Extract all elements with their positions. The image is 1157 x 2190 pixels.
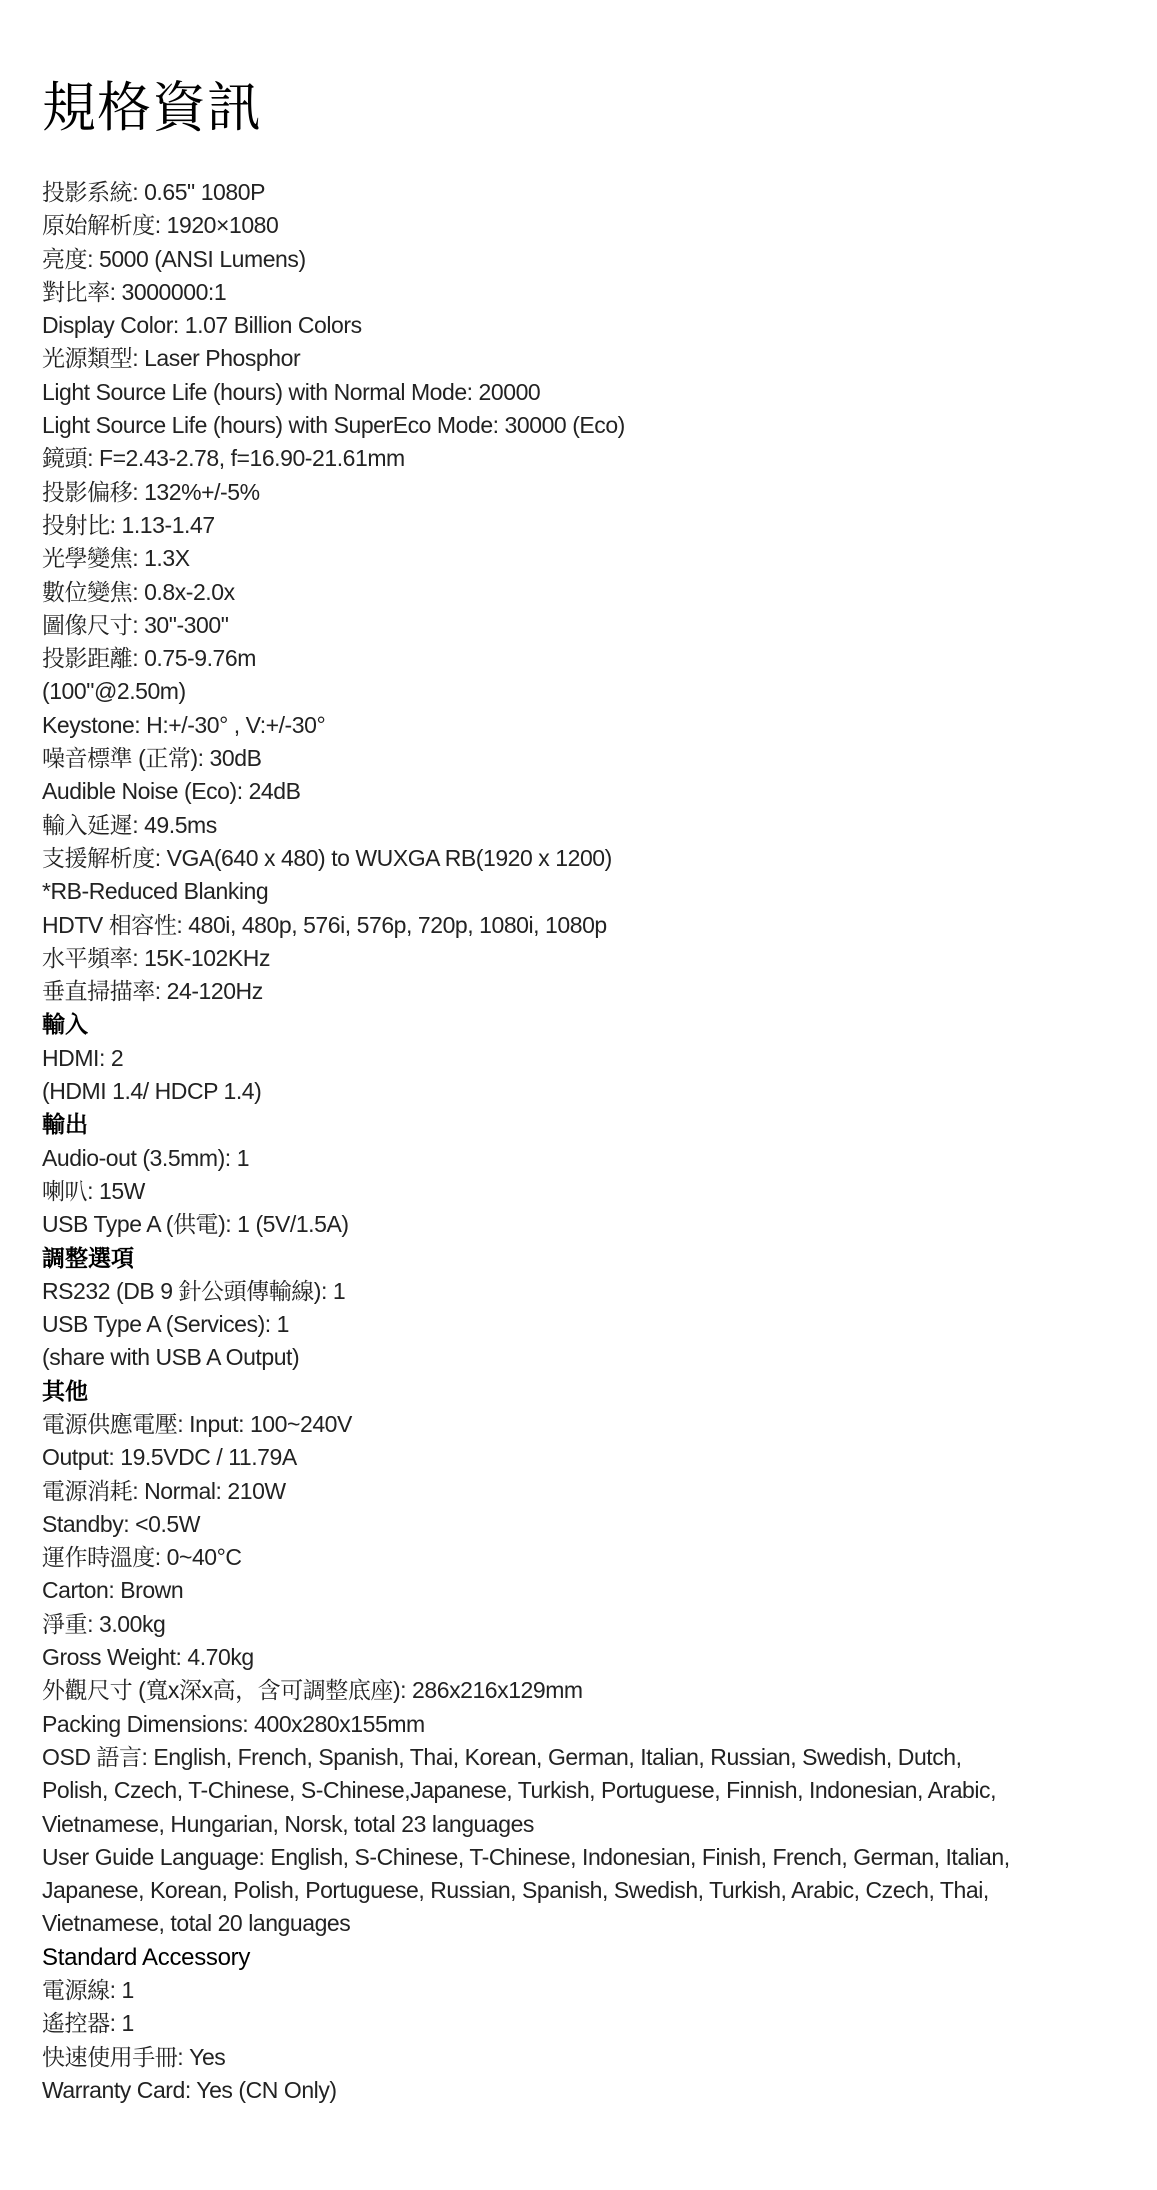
spec-item: 運作時溫度: 0~40°C — [42, 1541, 1010, 1574]
section-heading: 其他 — [42, 1375, 1010, 1408]
spec-item: USB Type A (Services): 1 — [42, 1308, 1010, 1341]
spec-item: 投影距離: 0.75-9.76m — [42, 642, 1010, 675]
spec-item: USB Type A (供電): 1 (5V/1.5A) — [42, 1208, 1010, 1241]
spec-item: 鏡頭: F=2.43-2.78, f=16.90-21.61mm — [42, 442, 1010, 475]
spec-item: Vietnamese, Hungarian, Norsk, total 23 l… — [42, 1808, 1010, 1841]
spec-item: Audio-out (3.5mm): 1 — [42, 1142, 1010, 1175]
spec-item: Packing Dimensions: 400x280x155mm — [42, 1708, 1010, 1741]
spec-item: 噪音標準 (正常): 30dB — [42, 742, 1010, 775]
spec-item: 光源類型: Laser Phosphor — [42, 342, 1010, 375]
section-heading: 調整選項 — [42, 1242, 1010, 1275]
spec-item: 電源線: 1 — [42, 1974, 1010, 2007]
spec-item: 投射比: 1.13-1.47 — [42, 509, 1010, 542]
spec-item: Vietnamese, total 20 languages — [42, 1907, 1010, 1940]
spec-item: 外觀尺寸 (寬x深x高，含可調整底座): 286x216x129mm — [42, 1674, 1010, 1707]
spec-item: 原始解析度: 1920×1080 — [42, 209, 1010, 242]
spec-item: 喇叭: 15W — [42, 1175, 1010, 1208]
spec-item: Japanese, Korean, Polish, Portuguese, Ru… — [42, 1874, 1010, 1907]
spec-item: RS232 (DB 9 針公頭傳輸線): 1 — [42, 1275, 1010, 1308]
spec-item: 投影系統: 0.65" 1080P — [42, 176, 1010, 209]
spec-item: HDTV 相容性: 480i, 480p, 576i, 576p, 720p, … — [42, 909, 1010, 942]
section-heading: 輸入 — [42, 1008, 1010, 1041]
spec-item: (HDMI 1.4/ HDCP 1.4) — [42, 1075, 1010, 1108]
spec-item: 數位變焦: 0.8x-2.0x — [42, 576, 1010, 609]
spec-item: 支援解析度: VGA(640 x 480) to WUXGA RB(1920 x… — [42, 842, 1010, 875]
spec-item: Warranty Card: Yes (CN Only) — [42, 2074, 1010, 2107]
spec-item: OSD 語言: English, French, Spanish, Thai, … — [42, 1741, 1010, 1774]
spec-list: 投影系統: 0.65" 1080P原始解析度: 1920×1080亮度: 500… — [42, 176, 1010, 2107]
section-heading: Standard Accessory — [42, 1941, 1010, 1974]
spec-item: 亮度: 5000 (ANSI Lumens) — [42, 243, 1010, 276]
spec-item: 圖像尺寸: 30"-300" — [42, 609, 1010, 642]
page-title: 規格資訊 — [42, 72, 262, 144]
spec-item: (100"@2.50m) — [42, 675, 1010, 708]
spec-item: 水平頻率: 15K-102KHz — [42, 942, 1010, 975]
spec-item: HDMI: 2 — [42, 1042, 1010, 1075]
spec-item: (share with USB A Output) — [42, 1341, 1010, 1374]
spec-item: 淨重: 3.00kg — [42, 1608, 1010, 1641]
spec-item: Light Source Life (hours) with Normal Mo… — [42, 376, 1010, 409]
spec-item: Carton: Brown — [42, 1574, 1010, 1607]
spec-item: 電源消耗: Normal: 210W — [42, 1475, 1010, 1508]
spec-item: 快速使用手冊: Yes — [42, 2041, 1010, 2074]
spec-item: 對比率: 3000000:1 — [42, 276, 1010, 309]
spec-item: *RB-Reduced Blanking — [42, 875, 1010, 908]
spec-item: 遙控器: 1 — [42, 2007, 1010, 2040]
spec-item: User Guide Language: English, S-Chinese,… — [42, 1841, 1010, 1874]
spec-item: Polish, Czech, T-Chinese, S-Chinese,Japa… — [42, 1774, 1010, 1807]
spec-item: 輸入延遲: 49.5ms — [42, 809, 1010, 842]
spec-item: 投影偏移: 132%+/-5% — [42, 476, 1010, 509]
spec-item: Keystone: H:+/-30° , V:+/-30° — [42, 709, 1010, 742]
spec-item: 光學變焦: 1.3X — [42, 542, 1010, 575]
spec-item: Audible Noise (Eco): 24dB — [42, 775, 1010, 808]
spec-item: 垂直掃描率: 24-120Hz — [42, 975, 1010, 1008]
spec-item: Output: 19.5VDC / 11.79A — [42, 1441, 1010, 1474]
spec-item: 電源供應電壓: Input: 100~240V — [42, 1408, 1010, 1441]
spec-item: Display Color: 1.07 Billion Colors — [42, 309, 1010, 342]
spec-item: Light Source Life (hours) with SuperEco … — [42, 409, 1010, 442]
spec-item: Gross Weight: 4.70kg — [42, 1641, 1010, 1674]
spec-item: Standby: <0.5W — [42, 1508, 1010, 1541]
section-heading: 輸出 — [42, 1108, 1010, 1141]
